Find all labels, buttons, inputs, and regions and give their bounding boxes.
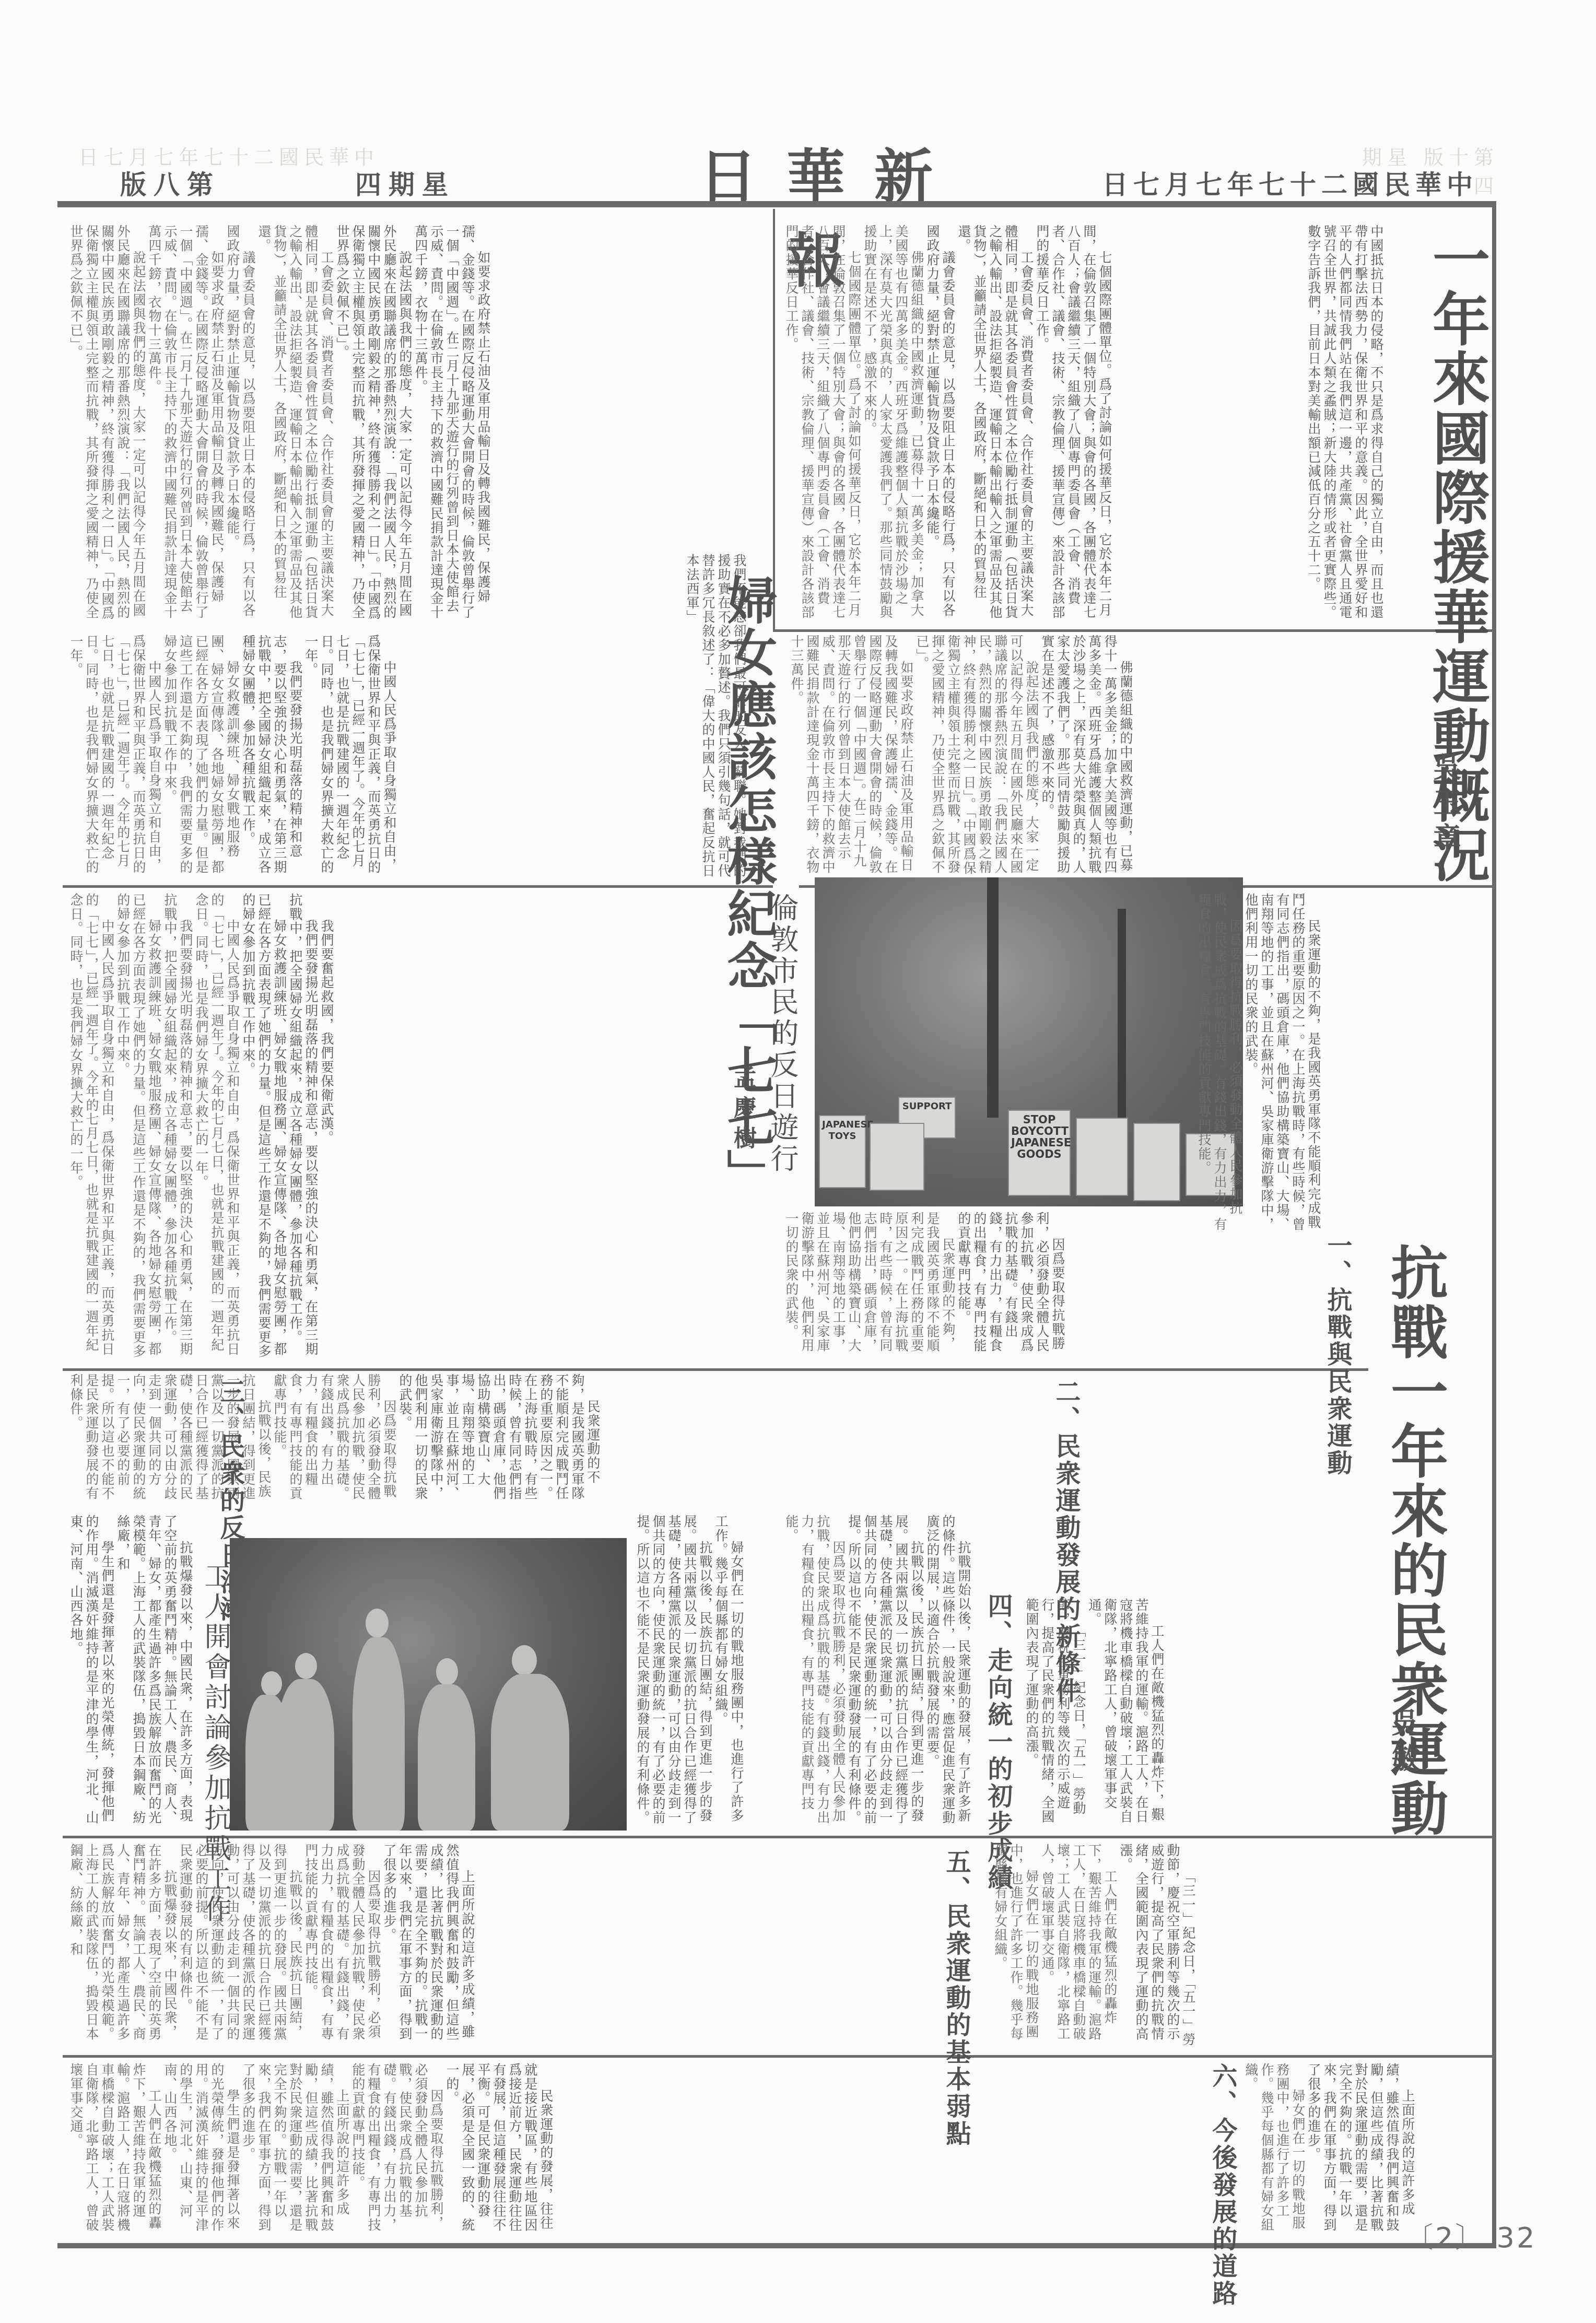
paragraph: 說起法國與我們的態度，大家一定可以記得今年五月間在國外民廳來在國聯議席的那番熱烈… bbox=[68, 225, 146, 624]
paragraph: 婦女救護訓練班、婦女戰地服務團、婦女宣傳隊、各地婦女慰勞團，都已經在各方面表現了… bbox=[240, 893, 287, 1363]
paragraph: 抗戰以後，民族抗日團結，得到更進一步的發展。國共兩黨以及一切黨派的抗日合作已經獲… bbox=[635, 1515, 713, 1828]
paragraph: 如要求政府禁止石油及軍用品輸日及轉我國難民，保護婦孺、金錢等。在國際反侵略運動大… bbox=[146, 225, 225, 624]
page-number: 32 bbox=[1497, 2221, 1537, 2254]
divider bbox=[63, 885, 773, 888]
paragraph: 我們不能忘卻我們最可靠的友人，蘇聯。她對我們的援助實在不必多加贅述。我們只須引幾… bbox=[684, 554, 747, 883]
paragraph: 因爲要取得抗戰勝利，必須發動全體人民參加抗戰，使民衆成爲抗戰的基礎。有錢出錢，有… bbox=[350, 2063, 444, 2240]
paragraph: 抗戰爆發以來，中國民衆，在許多方面，表現了空前的英勇奮鬥精神。無論工人、農民、商… bbox=[115, 1515, 193, 1828]
paragraph: 工人們在敵機猛烈的轟炸下，艱苦維持我軍的運輸。滬路工人，在日寇將機車橋樑自動破壞… bbox=[1086, 1598, 1165, 1828]
person bbox=[353, 1637, 405, 1831]
article-text: 中國人民爲爭取自身獨立和自由，爲保衛世界和平與正義，而英勇抗日的「七七」，已經一… bbox=[68, 635, 679, 880]
paragraph: 說起法國與我們的態度，大家一定可以記得今年五月間在國外民廳來在國聯議席的那番熱烈… bbox=[914, 635, 1039, 880]
paragraph: 因爲要取得抗戰勝利，必須發動全體人民參加抗戰，使民衆成爲抗戰的基礎。有錢出錢，有… bbox=[1196, 893, 1243, 1233]
paragraph: 因爲要取得抗戰勝利，必須發動全體人民參加抗戰，使民衆成爲抗戰的基礎。有錢出錢，有… bbox=[956, 1212, 1065, 1363]
paragraph: 民衆運動的發展，往往就是接近戰區，有些地區因爲接近前方，民衆運動往往有發展，但這… bbox=[444, 2063, 554, 2240]
paragraph: 婦女們在一切的戰地服務團中，也進行了許多工作。幾乎每個縣都有婦女組織。 bbox=[992, 1844, 1039, 2050]
tree-trunk bbox=[987, 877, 999, 1118]
paragraph: 中國人民爲爭取自身獨立和自由，爲保衛世界和平與正義，而英勇抗日的「七七」，已經一… bbox=[303, 635, 397, 880]
person bbox=[418, 1684, 475, 1831]
article-text: 我們要奮起救國，我們要保衛武漢。 我們要發揚光明磊落的精神和意志，要以堅強的決心… bbox=[68, 893, 679, 1363]
paragraph: 七個國際團體單位。爲了討論如何援華反日，它於本年二月間，在倫敦召集了一個特別大會… bbox=[1034, 225, 1112, 624]
paragraph: 抗戰爆發以來，中國民衆，在許多方面，表現了空前的英勇奮鬥精神。無論工人、農民、商… bbox=[68, 1844, 178, 2050]
paragraph: 婦女們在一切的戰地服務團中，也進行了許多工作。幾乎每個縣都有婦女組織。 bbox=[713, 1515, 744, 1828]
divider bbox=[773, 629, 1494, 632]
paragraph: 如要求政府禁止石油及軍用品輸日及轉我國難民，保護婦孺、金錢等。在國際反侵略運動大… bbox=[413, 225, 491, 624]
person bbox=[436, 1658, 458, 1685]
divider bbox=[773, 209, 775, 629]
paragraph: 學生們還是發揮著以來的光榮傳統，發揮他們的作用。消滅漢奸維持的是平津的學生，河北… bbox=[162, 2063, 240, 2240]
paragraph: 婦女救護訓練班、婦女戰地服務團、婦女宣傳隊、各地婦女慰勞團，都已經在各方面表現了… bbox=[115, 893, 162, 1363]
paragraph: 因爲要取得抗戰勝利，必須發動全體人民參加抗戰，使民衆成爲抗戰的基礎。有錢出錢，有… bbox=[272, 1374, 397, 1509]
article-text: 中國抵抗日本的侵略，不只是爲求得自己的獨立自由，而且也還帶有打擊法西勢力，保衛世… bbox=[1306, 225, 1410, 621]
article-text: 工人們在敵機猛烈的轟炸下，艱苦維持我軍的運輸。滬路工人，在日寇將機車橋樑自動破壞… bbox=[1024, 1598, 1306, 1828]
archive-page-number: 〔2〕 32 bbox=[1405, 2215, 1536, 2256]
article-lead: 中國抵抗日本的侵略，不只是爲求得自己的獨立自由，而且也還帶有打擊法西勢力，保衛世… bbox=[1306, 225, 1384, 621]
person bbox=[261, 1671, 282, 1696]
paragraph: 學生們還是發揮著以來的光榮傳統，發揮他們的作用。消滅漢奸維持的是平津的學生，河北… bbox=[68, 1515, 115, 1828]
paragraph: 婦女們在一切的戰地服務團中，也進行了許多工作。幾乎每個縣都有婦女組織。 bbox=[1243, 2063, 1306, 2240]
protest-sign: JAPANESE TOYS bbox=[819, 1115, 866, 1188]
paragraph: 上面所說的這許多成績，雖然值得我們興奮和鼓勵，但這些成績，比著抗戰對於民衆運動的… bbox=[381, 1844, 475, 2050]
paragraph: 七個國際團體單位。爲了討論如何援華反日，它於本年二月間，在倫敦召集了一個特別大會… bbox=[783, 225, 862, 624]
issue-date: 中華民國二十七年七月七日 bbox=[1102, 164, 1478, 202]
paragraph: 說起法國與我們的態度，大家一定可以記得今年五月間在國外民廳來在國聯議席的那番熱烈… bbox=[334, 225, 413, 624]
protest-sign bbox=[1076, 1118, 1128, 1196]
page-number-label: 第八版 bbox=[120, 164, 220, 202]
paragraph: 工會委員會、消費者委員會、合作社委員會的主要議決案大體相同，即是就其各委員會性質… bbox=[256, 225, 334, 624]
divider bbox=[63, 1836, 1494, 1838]
article-text: 七個國際團體單位。爲了討論如何援華反日，它於本年二月間，在倫敦召集了一個特別大會… bbox=[783, 225, 1300, 624]
paragraph: 工人們在敵機猛烈的轟炸下，艱苦維持我軍的運輸。滬路工人，在日寇將機車橋樑自動破壞… bbox=[68, 2063, 162, 2240]
article-text: 民衆運動的不夠，是我國英勇軍隊不能順利完成戰鬥任務的重要原因之一。在上海抗戰時，… bbox=[1196, 893, 1488, 1233]
person bbox=[295, 1653, 317, 1679]
article-text: 如要求政府禁止石油及軍用品輸日及轉我國難民，保護婦孺、金錢等。在國際反侵略運動大… bbox=[68, 225, 768, 624]
person bbox=[245, 1695, 290, 1831]
article-text: 因爲要取得抗戰勝利，必須發動全體人民參加抗戰，使民衆成爲抗戰的基礎。有錢出錢，有… bbox=[783, 1212, 1306, 1363]
tree-trunk bbox=[1118, 909, 1126, 1118]
paragraph: 議會委員會的意見，以爲要阻止日本的侵略行爲，只有以各國政府力量，絕對禁止運輸貨物… bbox=[225, 225, 256, 624]
sign-text: STOP bbox=[1011, 1114, 1067, 1125]
paragraph: 抗戰以後，民族抗日團結，得到更進一步的發展。國共兩黨以及一切黨派的抗日合作已經獲… bbox=[178, 1844, 303, 2050]
divider bbox=[63, 2055, 1494, 2058]
protest-sign bbox=[870, 1123, 924, 1191]
weekday-label: 星期四 bbox=[355, 164, 455, 202]
sign-text: BOYCOTT JAPANESE GOODS bbox=[1011, 1125, 1067, 1160]
paragraph: 因爲要取得抗戰勝利，必須發動全體人民參加抗戰，使民衆成爲抗戰的基礎。有錢出錢，有… bbox=[783, 1515, 846, 1828]
paragraph: 我們要發揚光明磊落的精神和意志，要以堅強的決心和勇氣，在第三期抗戰中，把全國婦女… bbox=[287, 893, 319, 1363]
paragraph: 中國人民爲爭取自身獨立和自由，爲保衛世界和平與正義，而英勇抗日的「七七」，已經一… bbox=[68, 635, 162, 880]
photo-caption-london: 倫敦市民的反日遊行 bbox=[762, 893, 803, 1175]
article-text: 民衆運動的發展，往往就是接近戰區，有些地區因爲接近前方，民衆運動往往有發展，但這… bbox=[68, 2063, 1201, 2240]
masthead: 中華民國二十七年七月七日 第十版 星期四 第八版 星期四 新華日報 中華民國二十… bbox=[47, 120, 1499, 209]
section-heading-6: 六、今後發展的道路 bbox=[1206, 2063, 1239, 2307]
paragraph: 工人們在敵機猛烈的轟炸下，艱苦維持我軍的運輸。滬路工人，在日寇將機車橋樑自動破壞… bbox=[1039, 1844, 1118, 2050]
paragraph: 工會委員會、消費者委員會、合作社委員會的主要議決案大體相同，即是就其各委員會性質… bbox=[956, 225, 1034, 624]
person bbox=[366, 1609, 389, 1638]
paragraph: 上面所說的這許多成績，雖然值得我們興奮和鼓勵，但這些成績，比著抗戰對於民衆運動的… bbox=[240, 2063, 350, 2240]
divider bbox=[63, 1368, 1368, 1371]
article-text: 民衆運動的不夠，是我國英勇軍隊不能順利完成戰鬥任務的重要原因之一。在上海抗戰時，… bbox=[68, 1374, 1306, 1509]
paragraph: 我們要發揚光明磊落的精神和意志，要以堅強的決心和勇氣，在第三期抗戰中，把全國婦女… bbox=[240, 635, 303, 880]
article-text: 抗戰爆發以來，中國民衆，在許多方面，表現了空前的英勇奮鬥精神。無論工人、農民、商… bbox=[68, 1515, 193, 1828]
volume-marker: 〔2〕 bbox=[1405, 2221, 1485, 2254]
article-text: 上面所說的這許多成績，雖然值得我們興奮和鼓勵，但這些成績，比著抗戰對於民衆運動的… bbox=[1243, 2063, 1488, 2240]
paragraph: 「三一」紀念日，「五一」勞動節，慶祝空軍勝利等幾次的示威遊行，提高了民衆們的抗戰… bbox=[1024, 1598, 1086, 1828]
paragraph: 「三一」紀念日，「五一」勞動節，慶祝空軍勝利等幾次的示威遊行，提高了民衆們的抗戰… bbox=[1118, 1844, 1196, 2050]
paragraph: 婦女救護訓練班、婦女戰地服務團、婦女宣傳隊、各地婦女慰勞團，都已經在各方面表現了… bbox=[162, 635, 240, 880]
section-heading-1: 一、抗戰與民衆運動 bbox=[1321, 1233, 1354, 1477]
article-text: 我們不能忘卻我們最可靠的友人，蘇聯。她對我們的援助實在不必多加贅述。我們只須引幾… bbox=[684, 554, 768, 883]
article-text: 佛蘭德組織的中國救濟運動，已募得十一萬多美金；加拿大美國等也有四萬多美金。西班牙… bbox=[789, 635, 1488, 880]
photo-london-protest: JAPANESE TOYS SUPPORT STOP BOYCOTT JAPAN… bbox=[815, 877, 1243, 1206]
photo-workers-meeting bbox=[230, 1538, 627, 1831]
paragraph: 抗戰以後，民族抗日團結，得到更進一步的發展。國共兩黨以及一切黨派的抗日合作已經獲… bbox=[846, 1515, 924, 1828]
byline-meng-qingshu: 孟慶樹 bbox=[726, 1065, 759, 1156]
paragraph: 上面所說的這許多成績，雖然值得我們興奮和鼓勵，但這些成績，比著抗戰對於民衆運動的… bbox=[1306, 2063, 1415, 2240]
paragraph: 中國人民爲爭取自身獨立和自由，爲保衛世界和平與正義，而英勇抗日的「七七」，已經一… bbox=[68, 893, 115, 1363]
paragraph: 如要求政府禁止石油及軍用品輸日及轉我國難民，保護婦孺、金錢等。在國際反侵略運動大… bbox=[789, 635, 914, 880]
paragraph: 佛蘭德組織的中國救濟運動，已募得十一萬多美金；加拿大美國等也有四萬多美金。西班牙… bbox=[1039, 635, 1133, 880]
paragraph: 我們要奮起救國，我們要保衛武漢。 bbox=[319, 893, 334, 1363]
paragraph: 因爲要取得抗戰勝利，必須發動全體人民參加抗戰，使民衆成爲抗戰的基礎。有錢出錢，有… bbox=[303, 1844, 381, 2050]
paragraph: 佛蘭德組織的中國救濟運動，已募得十一萬多美金；加拿大美國等也有四萬多美金。西班牙… bbox=[862, 225, 924, 624]
paragraph: 中國人民爲爭取自身獨立和自由，爲保衛世界和平與正義，而英勇抗日的「七七」，已經一… bbox=[193, 893, 240, 1363]
paragraph: 我們要發揚光明磊落的精神和意志，要以堅強的決心和勇氣，在第三期抗戰中，把全國婦女… bbox=[162, 893, 193, 1363]
protest-sign: STOP BOYCOTT JAPANESE GOODS bbox=[1008, 1110, 1071, 1196]
article-text: 「三一」紀念日，「五一」勞動節，慶祝空軍勝利等幾次的示威遊行，提高了民衆們的抗戰… bbox=[992, 1844, 1488, 2050]
article-text: 婦女們在一切的戰地服務團中，也進行了許多工作。幾乎每個縣都有婦女組織。 抗戰以後… bbox=[635, 1515, 781, 1828]
protest-sign bbox=[1133, 1123, 1180, 1201]
paragraph: 民衆運動的不夠，是我國英勇軍隊不能順利完成戰鬥任務的重要原因之一。在上海抗戰時，… bbox=[783, 1212, 956, 1363]
person bbox=[491, 1674, 569, 1831]
paragraph: 民衆運動的不夠，是我國英勇軍隊不能順利完成戰鬥任務的重要原因之一。在上海抗戰時，… bbox=[1243, 893, 1321, 1233]
article-text: 上面所說的這許多成績，雖然值得我們興奮和鼓勵，但這些成績，比著抗戰對於民衆運動的… bbox=[68, 1844, 935, 2050]
paragraph: 議會委員會的意見，以爲要阻止日本的侵略行爲，只有以各國政府力量，絕對禁止運輸貨物… bbox=[924, 225, 956, 624]
paragraph: 民衆運動的不夠，是我國英勇軍隊不能順利完成戰鬥任務的重要原因之一。在上海抗戰時，… bbox=[397, 1374, 601, 1509]
byline-wu-min: 吳敏 bbox=[1384, 1708, 1424, 1779]
person bbox=[512, 1645, 537, 1675]
paragraph: 抗戰開始以後，民衆運動的發展，有了許多新的條件。這些條件，一般說來，應當促進民衆… bbox=[924, 1515, 971, 1828]
